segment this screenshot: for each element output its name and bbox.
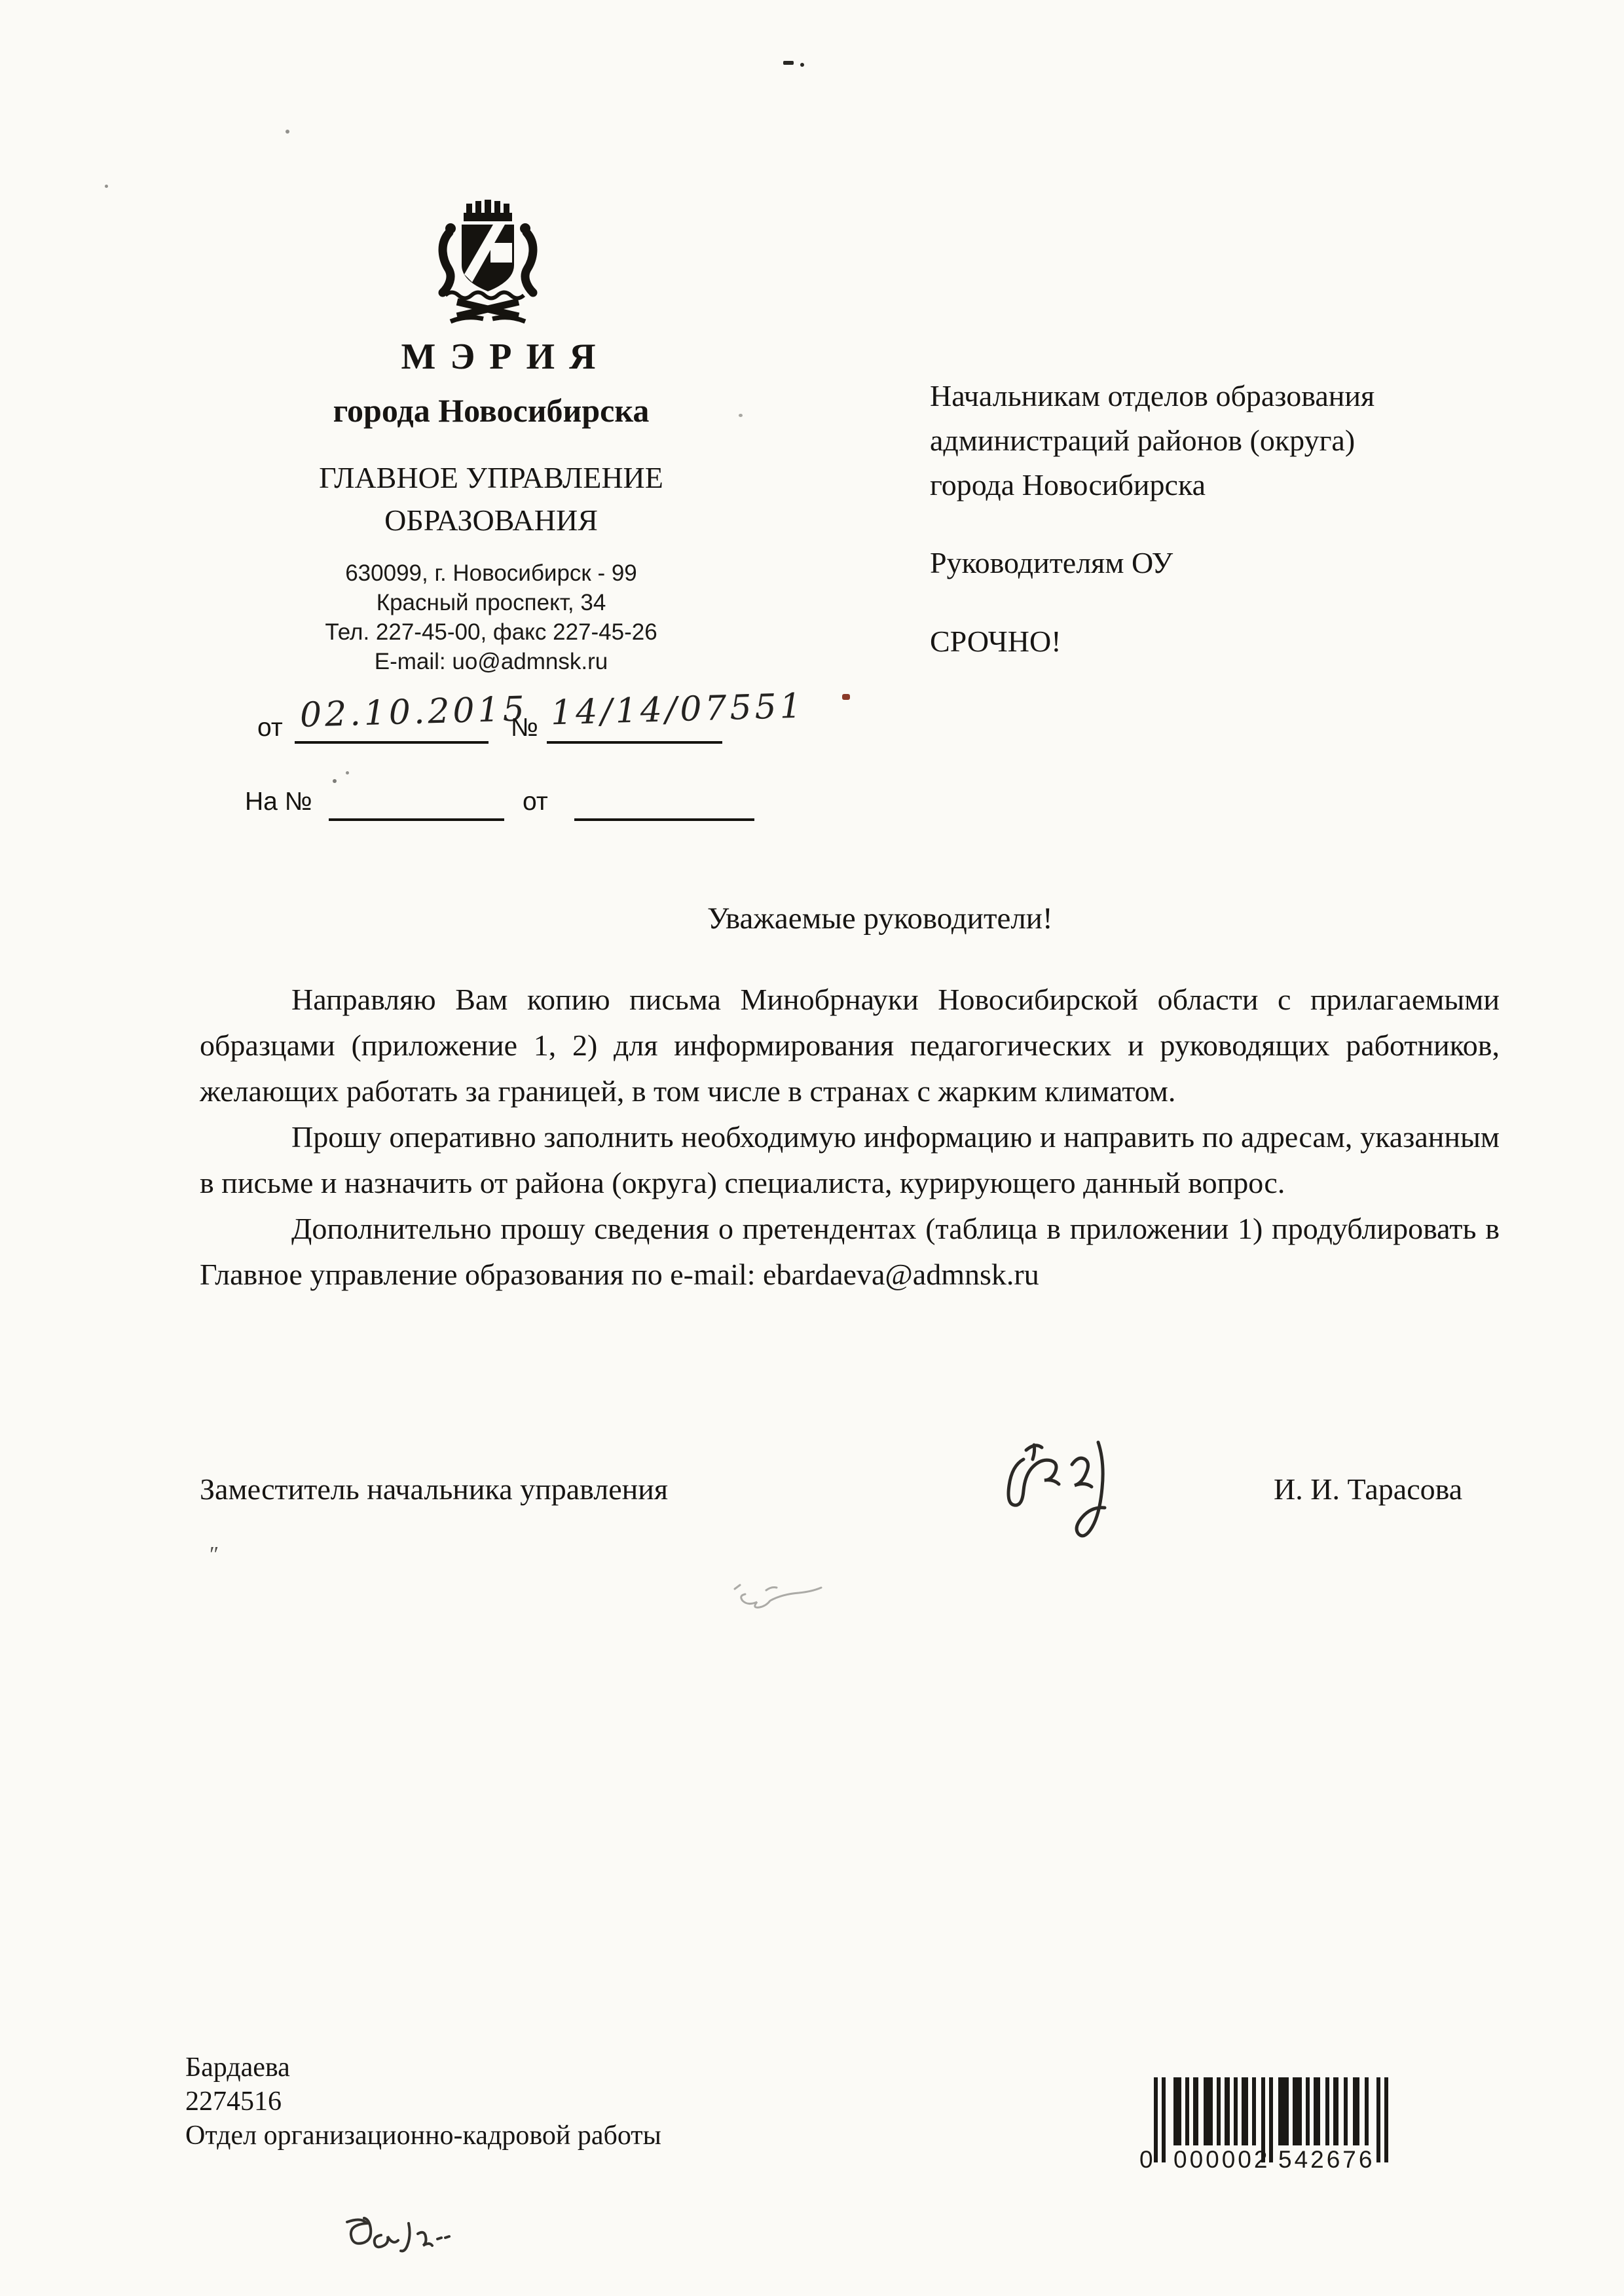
handwritten-date: 02.10.2015: [299, 689, 528, 735]
scan-speck: [739, 414, 743, 417]
reply-date-blank: [574, 791, 754, 821]
barcode-left-digit: 0: [1139, 2146, 1156, 2170]
scan-speck: [800, 63, 804, 67]
ref-from-label: от: [257, 714, 283, 742]
addressee-line2: администраций районов (округа): [930, 423, 1519, 458]
body-paragraph-2: Прошу оперативно заполнить необходимую и…: [200, 1114, 1500, 1206]
org-name-line2: города Новосибирска: [183, 392, 799, 429]
scan-speck: [105, 185, 108, 188]
registration-barcode: 0 000002 542676: [1139, 2072, 1401, 2170]
signer-name: И. И. Тарасова: [1274, 1472, 1462, 1506]
handwritten-note: [335, 2213, 466, 2272]
letterhead-email: E-mail: uo@admnsk.ru: [183, 649, 799, 675]
urgency-note: СРОЧНО!: [930, 624, 1519, 659]
novosibirsk-coat-of-arms-icon: [427, 200, 551, 325]
contact-department: Отдел организационно-кадровой работы: [185, 2119, 661, 2153]
barcode-group2: 542676: [1278, 2146, 1375, 2170]
department-line2: ОБРАЗОВАНИЯ: [183, 503, 799, 538]
org-name-line1: МЭРИЯ: [183, 336, 813, 378]
body-paragraph-1: Направляю Вам копию письма Минобрнауки Н…: [200, 977, 1500, 1114]
pencil-smudge: [727, 1575, 838, 1614]
contact-phone: 2274516: [185, 2085, 282, 2119]
scan-quote-mark-artifact: ″: [210, 1542, 219, 1567]
ref-date-field: 02.10.2015: [295, 687, 489, 744]
handwritten-signature: [986, 1430, 1143, 1561]
handwritten-number: 14/14/07551: [550, 687, 805, 733]
letterhead-postal-address: 630099, г. Новосибирск - 99: [183, 560, 799, 587]
contact-name: Бардаева: [185, 2050, 290, 2085]
scan-speck: [286, 130, 289, 134]
addressee-line1: Начальникам отделов образования: [930, 378, 1519, 413]
salutation: Уважаемые руководители!: [707, 901, 1053, 936]
scan-speck-red: [842, 694, 850, 700]
addressee-line3: города Новосибирска: [930, 467, 1519, 502]
scan-speck: [783, 61, 794, 65]
ref-number-label: №: [511, 714, 538, 742]
barcode-group1: 000002: [1173, 2146, 1270, 2170]
reply-ref-label: На №: [245, 788, 312, 816]
body-paragraph-3: Дополнительно прошу сведения о претенден…: [200, 1206, 1500, 1298]
scan-speck: [346, 771, 349, 774]
signer-position-title: Заместитель начальника управления: [200, 1472, 668, 1506]
reply-number-blank: [329, 791, 504, 821]
scan-speck: [333, 779, 337, 783]
letterhead-phone-fax: Тел. 227-45-00, факс 227-45-26: [183, 619, 799, 646]
reply-date-label: от: [523, 788, 548, 816]
department-line1: ГЛАВНОЕ УПРАВЛЕНИЕ: [183, 460, 799, 495]
letter-body: Направляю Вам копию письма Минобрнауки Н…: [200, 977, 1500, 1298]
scanned-letter-page: МЭРИЯ города Новосибирска ГЛАВНОЕ УПРАВЛ…: [0, 0, 1624, 2296]
addressee-line4: Руководителям ОУ: [930, 545, 1519, 580]
ref-number-field: 14/14/07551: [547, 687, 722, 744]
letterhead-street-address: Красный проспект, 34: [183, 590, 799, 616]
